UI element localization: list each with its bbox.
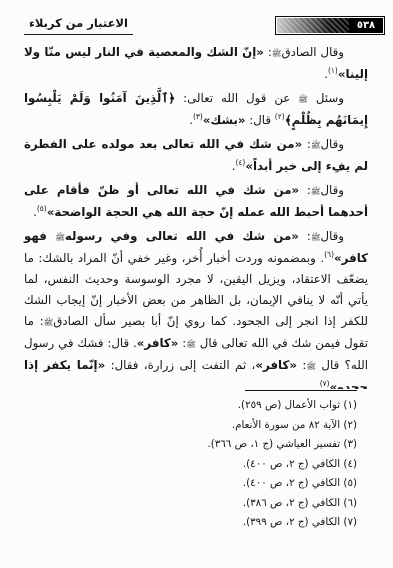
footnote: (٦) الكافي (ج ٢، ص ٣٨٦). (127, 494, 357, 514)
body-paragraph: وقال الصادقﷺ: «إنّ الشك والمعصية في النا… (24, 42, 368, 85)
footnote: (٧) الكافي (ج ٢، ص ٣٩٩). (127, 513, 357, 533)
footnotes-section: (١) ثواب الأعمال (ص ٢٥٩). (٢) الآية ٨٢ م… (127, 390, 357, 533)
page-number-box: ٥٣٨ (275, 16, 385, 35)
body-paragraph: وقالﷺ: «من شك في الله تعالى بعد مولده عل… (24, 134, 368, 177)
body-paragraph: وقالﷺ: «من شك في الله تعالى أو ظنّ فأقام… (24, 180, 368, 223)
book-page: ٥٣٨ الاعتبار من كربلاء وقال الصادقﷺ: «إن… (0, 0, 393, 568)
footnote: (٣) تفسير العياشي (ج ١، ص ٣٦٦). (127, 435, 357, 455)
page-header: ٥٣٨ الاعتبار من كربلاء (0, 0, 393, 35)
body-paragraph: وسئل ﷺ عن قول الله تعالى: ﴿ٱلَّذِينَ آمَ… (24, 88, 368, 131)
footnote: (٥) الكافي (ج ٢، ص ٤٠٠). (127, 474, 357, 494)
footnote-separator (245, 390, 357, 391)
footnote: (٤) الكافي (ج ٢، ص ٤٠٠). (127, 455, 357, 475)
running-title: الاعتبار من كربلاء (24, 16, 133, 35)
footnote: (٢) الآية ٨٢ من سورة الأنعام. (127, 416, 357, 436)
footnote: (١) ثواب الأعمال (ص ٢٥٩). (127, 396, 357, 416)
body-text: وقال الصادقﷺ: «إنّ الشك والمعصية في النا… (0, 35, 393, 389)
header-gradient-ornament (277, 18, 349, 33)
page-number: ٥٣٨ (349, 18, 383, 33)
body-paragraph: وقالﷺ: «من شك في الله تعالى وفي رسولهﷺ ف… (24, 226, 368, 389)
